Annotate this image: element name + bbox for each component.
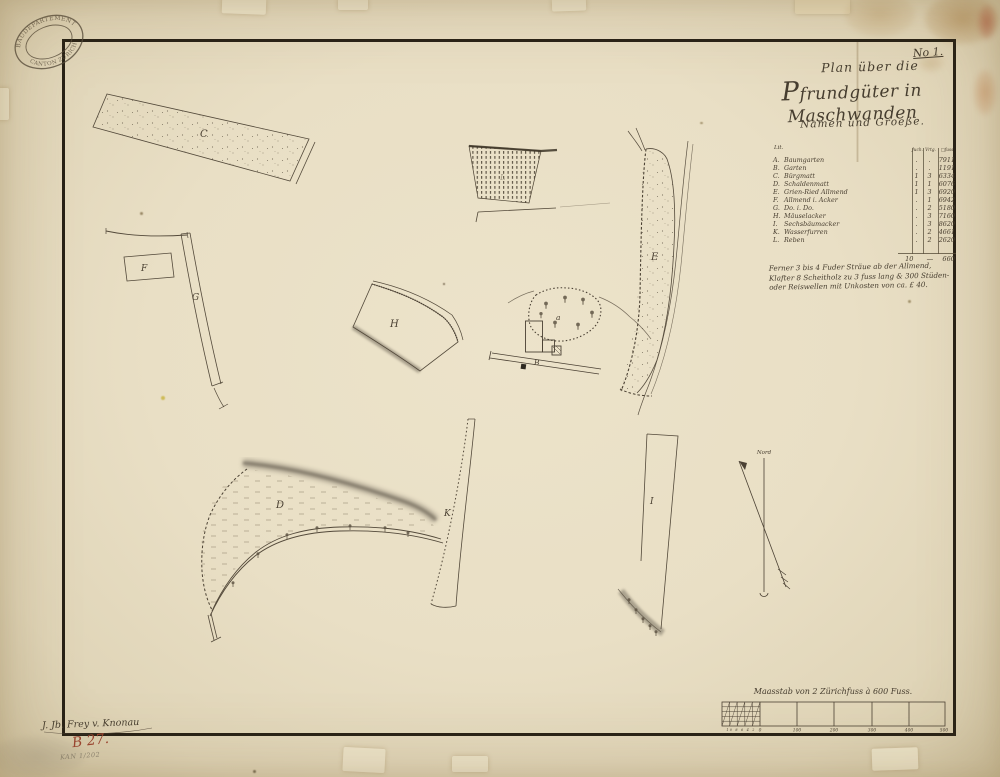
table-row: H.Mäuselacker.37160 — [773, 212, 956, 220]
stain — [978, 5, 996, 39]
tape-mark — [872, 747, 919, 771]
row-juch: . — [911, 196, 922, 204]
tape-mark — [552, 0, 586, 12]
row-letter: L. — [773, 236, 783, 244]
table-header-units: Juch. Vrtg. □fuss — [912, 147, 956, 152]
row-vrtg: . — [922, 156, 937, 164]
table-rule-horizontal — [898, 253, 956, 254]
archive-stamp: BAUDEPARTEMENT CANTON ZÜRICH — [6, 8, 92, 80]
tape-mark — [0, 88, 9, 120]
row-letter: H. — [773, 212, 783, 220]
row-sqfuss: 6942 — [937, 196, 956, 204]
scanned-map-sheet: { "stamp": {"arc_top": "BAUDEPARTEMENT",… — [0, 0, 1000, 777]
row-juch: . — [911, 228, 922, 236]
table-header-lit: Lit. — [774, 145, 783, 151]
row-vrtg: 2 — [922, 236, 937, 244]
row-juch: . — [911, 164, 922, 172]
row-juch: . — [911, 212, 922, 220]
row-letter: A. — [773, 156, 783, 164]
table-row: G.Do. i. Do..25180 — [773, 204, 956, 212]
row-letter: K. — [773, 228, 783, 236]
tape-mark — [222, 0, 267, 15]
row-letter: G. — [773, 204, 783, 212]
table-row: E.Grien-Ried Allmend136920 — [773, 188, 956, 196]
row-sqfuss: 6334 — [937, 172, 956, 180]
row-name: Schaldenmatt — [783, 180, 911, 188]
row-name: Reben — [783, 236, 911, 244]
note-paragraph: Ferner 3 bis 4 Fuder Sträue ab der Allme… — [769, 260, 963, 292]
tape-mark — [452, 756, 488, 772]
row-letter: B. — [773, 164, 783, 172]
row-sqfuss: 2620 — [937, 236, 956, 244]
row-juch: . — [911, 236, 922, 244]
row-vrtg: 1 — [922, 196, 937, 204]
table-row: F.Allmend i. Acker.16942 — [773, 196, 956, 204]
row-sqfuss: 4661 — [937, 228, 956, 236]
row-sqfuss: 7160 — [937, 212, 956, 220]
row-name: Baumgarten — [783, 156, 911, 164]
table-row: B.Garten..1191 — [773, 164, 956, 172]
row-sqfuss: 1191 — [937, 164, 956, 172]
table-row: K.Wasserfurren.24661 — [773, 228, 956, 236]
row-vrtg: 1 — [922, 180, 937, 188]
stain — [974, 70, 996, 115]
row-juch: . — [911, 204, 922, 212]
map-border-frame — [62, 39, 956, 736]
table-header-sqfuss: □fuss — [938, 147, 956, 152]
row-letter: I. — [773, 220, 783, 228]
row-juch: . — [911, 220, 922, 228]
row-vrtg: 2 — [922, 228, 937, 236]
row-name: Garten — [783, 164, 911, 172]
row-vrtg: 3 — [922, 212, 937, 220]
stamp-bottom-text: CANTON ZÜRICH — [27, 40, 83, 75]
row-vrtg: . — [922, 164, 937, 172]
row-juch: 1 — [911, 188, 922, 196]
table-row: A.Baumgarten..7911 — [773, 156, 956, 164]
row-juch: 1 — [911, 180, 922, 188]
row-name: Sechsbäumacker — [783, 220, 911, 228]
foxing-speck — [253, 770, 256, 773]
row-name: Wasserfurren — [783, 228, 911, 236]
row-letter: C. — [773, 172, 783, 180]
row-sqfuss: 6920 — [937, 188, 956, 196]
table-row: I.Sechsbäumacker.38620 — [773, 220, 956, 228]
row-letter: E. — [773, 188, 783, 196]
row-juch: 1 — [911, 172, 922, 180]
stamp-top-text: BAUDEPARTEMENT — [8, 8, 78, 51]
row-letter: F. — [773, 196, 783, 204]
row-name: Bürgmatt — [783, 172, 911, 180]
table-header-juch: Juch. — [912, 147, 923, 152]
row-vrtg: 2 — [922, 204, 937, 212]
row-sqfuss: 8620 — [937, 220, 956, 228]
row-name: Mäuselacker — [783, 212, 911, 220]
row-name: Grien-Ried Allmend — [783, 188, 911, 196]
row-vrtg: 3 — [922, 172, 937, 180]
table-row: D.Schaldenmatt116076 — [773, 180, 956, 188]
tape-mark — [342, 747, 385, 773]
row-sqfuss: 6076 — [937, 180, 956, 188]
table-row: L.Reben.22620 — [773, 236, 956, 244]
parcel-table: A.Baumgarten..7911 B.Garten..1191 C.Bürg… — [773, 156, 956, 244]
row-vrtg: 3 — [922, 188, 937, 196]
table-row: C.Bürgmatt136334 — [773, 172, 956, 180]
row-sqfuss: 7911 — [937, 156, 956, 164]
row-name: Do. i. Do. — [783, 204, 911, 212]
table-header-vrtg: Vrtg. — [923, 147, 938, 152]
row-sqfuss: 5180 — [937, 204, 956, 212]
row-letter: D. — [773, 180, 783, 188]
row-name: Allmend i. Acker — [783, 196, 911, 204]
row-juch: . — [911, 156, 922, 164]
tape-mark — [795, 0, 850, 14]
row-vrtg: 3 — [922, 220, 937, 228]
tape-mark — [338, 0, 368, 10]
